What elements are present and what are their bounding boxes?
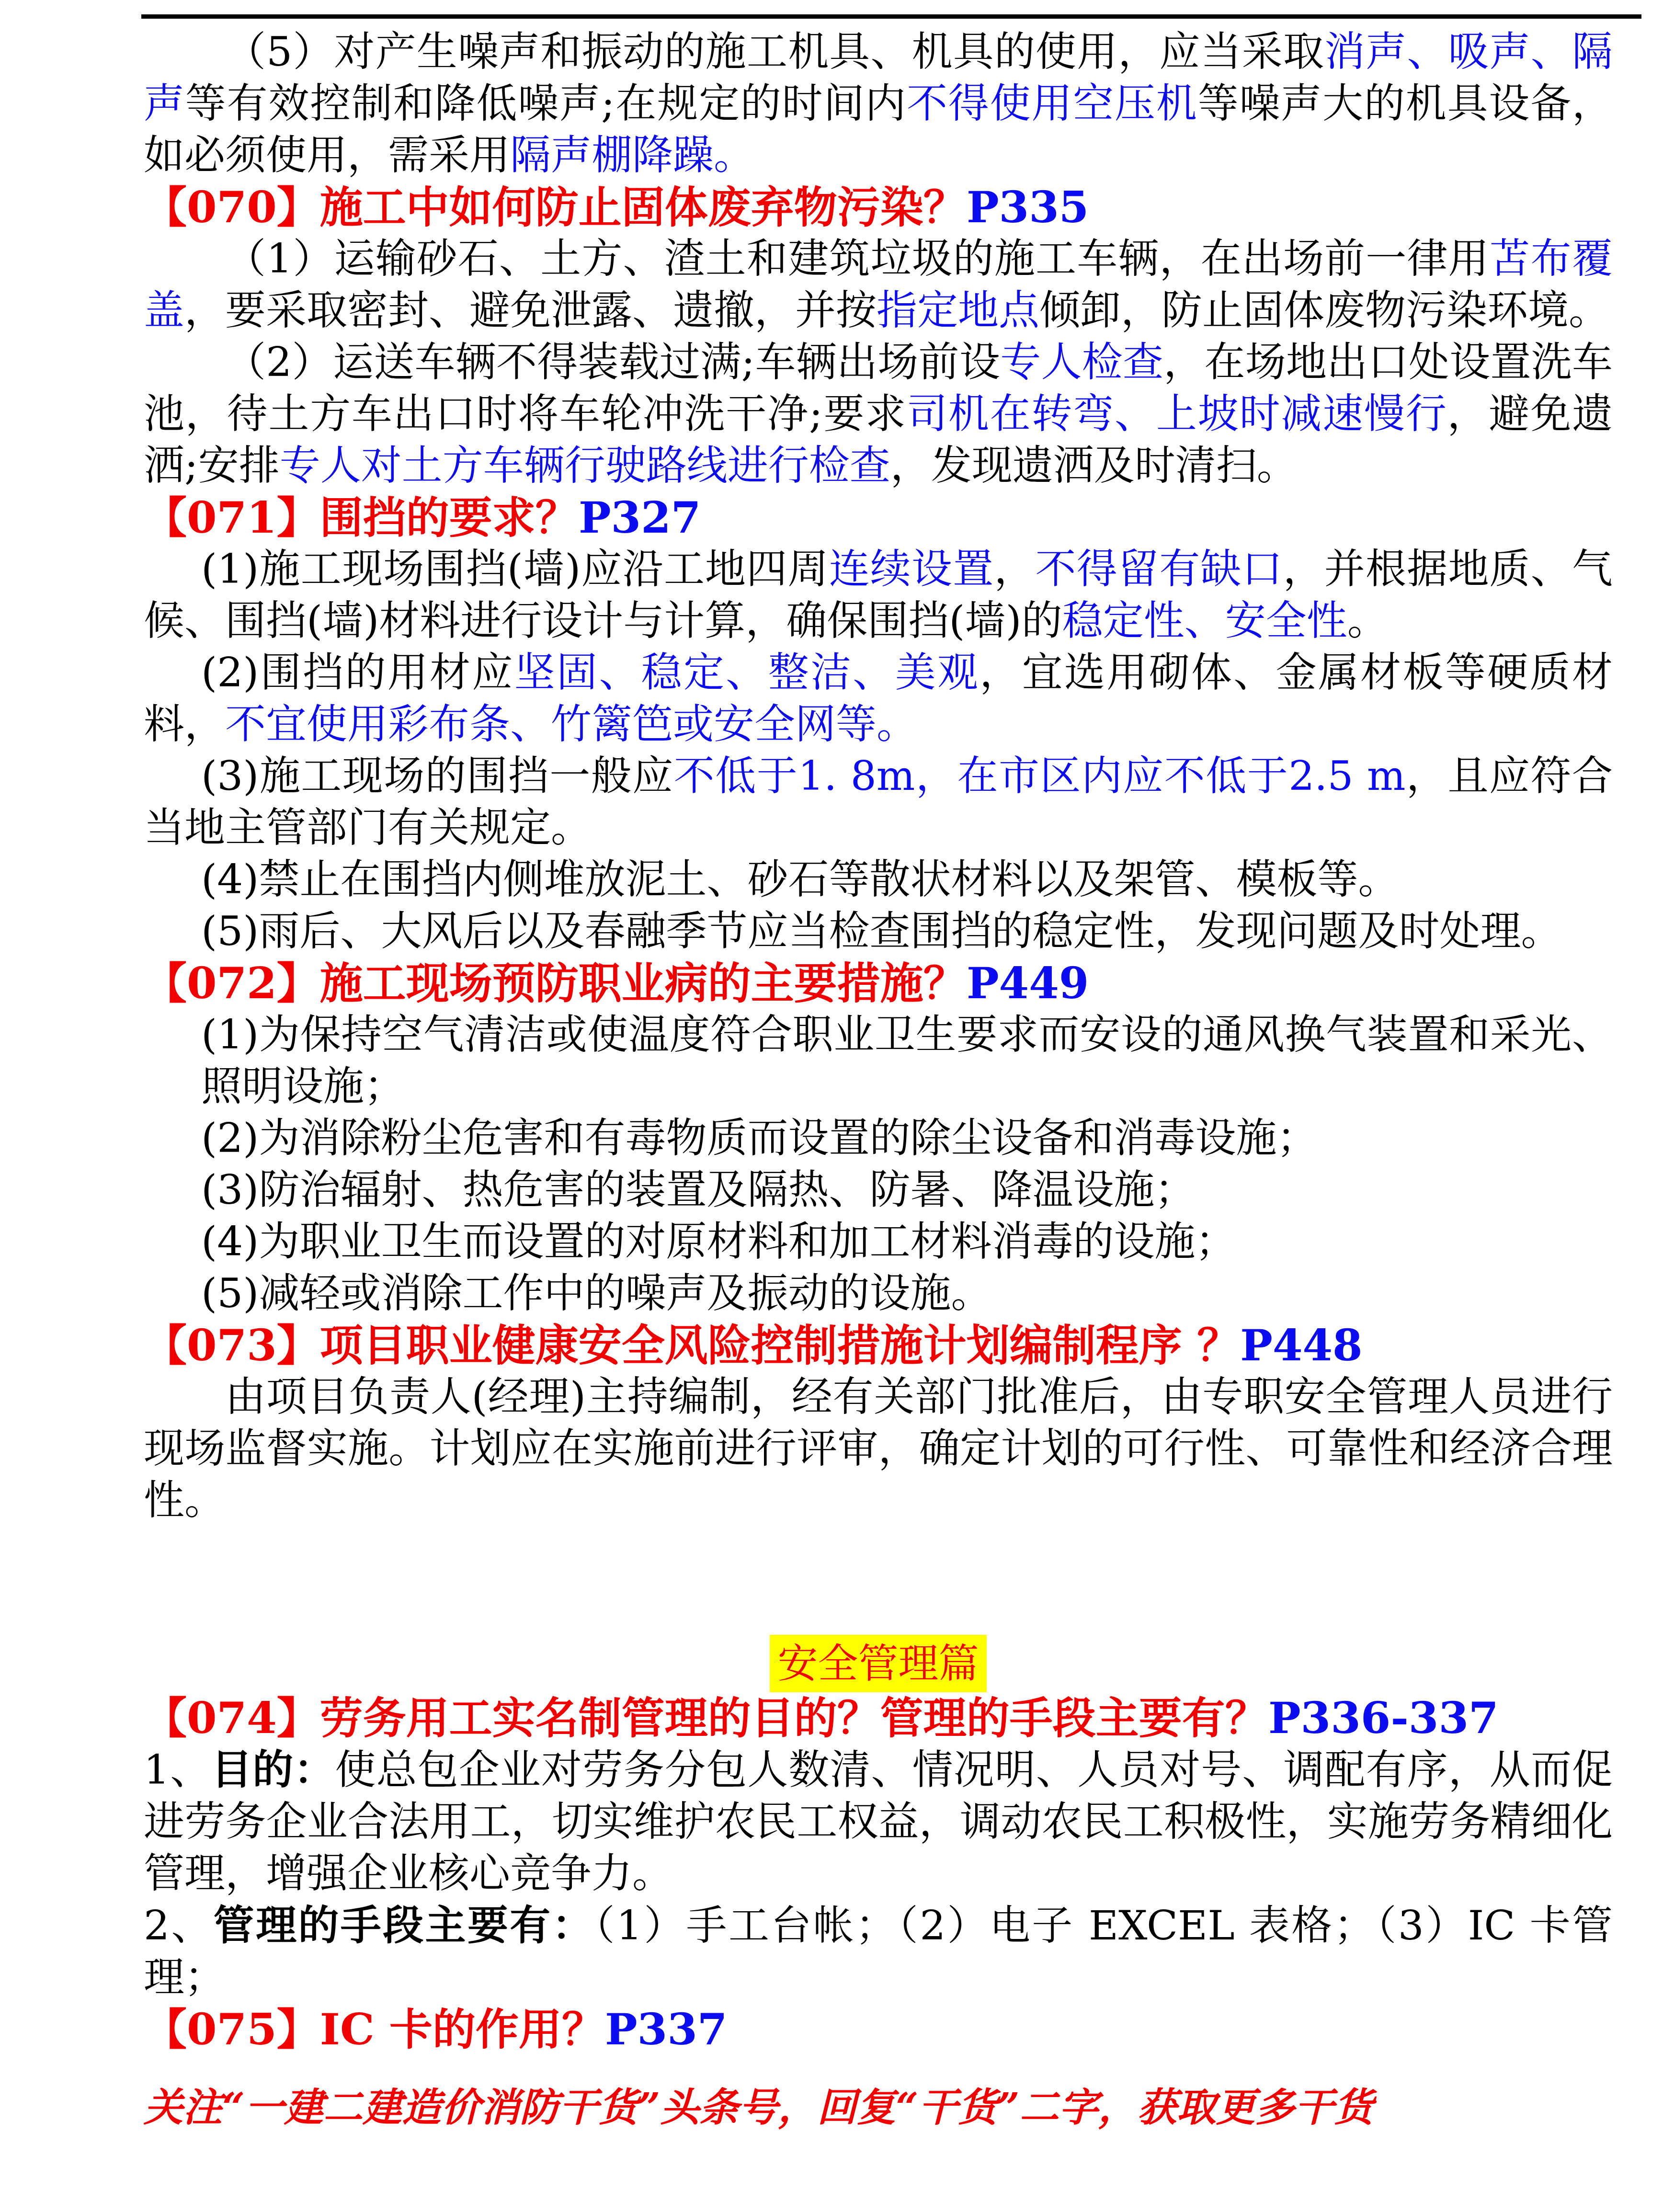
- text-run: P336-337: [1268, 1693, 1499, 1744]
- top-rule: [141, 14, 1641, 19]
- item-072-2: (2)为消除粉尘危害和有毒物质而设置的除尘设备和消毒设施；: [144, 1113, 1613, 1164]
- heading-074: 【074】劳务用工实名制管理的目的？管理的手段主要有？P336-337: [144, 1692, 1613, 1744]
- para-top-noise: （5）对产生噪声和振动的施工机具、机具的使用，应当采取消声、吸声、隔声等有效控制…: [144, 26, 1613, 182]
- heading-070: 【070】施工中如何防止固体废弃物污染？P335: [144, 182, 1613, 233]
- text-run: 1、: [144, 1746, 211, 1794]
- text-run: (4)为职业卫生而设置的对原材料和加工材料消毒的设施；: [201, 1218, 1236, 1266]
- text-run: P448: [1240, 1320, 1363, 1371]
- para-074-1: 1、目的：使总包企业对劳务分包人数清、情况明、人员对号、调配有序，从而促进劳务企…: [144, 1744, 1613, 1900]
- text-run: 由项目负责人(经理)主持编制，经有关部门批准后，由专职安全管理人员进行现场监督实…: [144, 1373, 1613, 1524]
- text-run: P335: [967, 182, 1089, 233]
- text-run: (2)围挡的用材应: [201, 649, 514, 696]
- text-run: 不宜使用彩布条、竹篱笆或安全网等。: [225, 701, 917, 748]
- section-title-text: 安全管理篇: [770, 1635, 986, 1692]
- item-071-4: (4)禁止在围挡内侧堆放泥土、砂石等散状材料以及架管、模板等。: [144, 854, 1613, 906]
- text-run: 不得留有缺口: [1036, 546, 1283, 593]
- text-run: 2、: [144, 1902, 214, 1950]
- text-run: P449: [967, 958, 1089, 1009]
- text-run: 坚固、稳定、整洁、美观: [514, 649, 980, 696]
- text-run: 专人检查: [1000, 339, 1163, 386]
- text-run: 使总包企业对劳务分包人数清、情况明、人员对号、调配有序，从而促进劳务企业合法用工…: [144, 1746, 1613, 1897]
- text-run: (3)施工现场的围挡一般应: [201, 753, 674, 800]
- text-run: 隔声棚降躁。: [510, 132, 754, 179]
- text-run: 司机在转弯、上坡时减速慢行: [907, 390, 1447, 438]
- item-072-4: (4)为职业卫生而设置的对原材料和加工材料消毒的设施；: [144, 1216, 1613, 1268]
- text-run: 指定地点: [877, 287, 1039, 334]
- text-run: 目的：: [211, 1746, 335, 1794]
- text-run: 【073】项目职业健康安全风险控制措施计划编制程序 ？: [144, 1320, 1240, 1371]
- text-run: (1)为保持空气清洁或使温度符合职业卫生要求而安设的通风换气装置和采光、照明设施…: [201, 1011, 1613, 1110]
- item-072-3: (3)防治辐射、热危害的装置及隔热、防暑、降温设施；: [144, 1164, 1613, 1216]
- text-run: (5)雨后、大风后以及春融季节应当检查围挡的稳定性，发现问题及时处理。: [201, 908, 1561, 955]
- footer-note: 关注“一建二建造价消防干货”头条号，回复“干货”二字，获取更多干货: [144, 2082, 1613, 2133]
- item-072-1: (1)为保持空气清洁或使温度符合职业卫生要求而安设的通风换气装置和采光、照明设施…: [144, 1009, 1613, 1113]
- text-run: P327: [579, 492, 701, 543]
- item-072-5: (5)减轻或消除工作中的噪声及振动的设施。: [144, 1268, 1613, 1320]
- text-run: (5)减轻或消除工作中的噪声及振动的设施。: [201, 1270, 991, 1317]
- text-run: 专人对土方车辆行驶路线进行检查: [280, 442, 890, 490]
- text-run: （1）运输砂石、土方、渣土和建筑垃圾的施工车辆，在出场前一律用: [225, 235, 1490, 283]
- text-run: 等有效控制和降低噪声;在规定的时间内: [185, 80, 907, 127]
- text-run: 【075】IC 卡的作用？: [144, 2004, 605, 2055]
- text-run: (3)防治辐射、热危害的装置及隔热、防暑、降温设施；: [201, 1166, 1195, 1214]
- text-run: ，发现遗洒及时清扫。: [890, 442, 1298, 490]
- para-074-2: 2、管理的手段主要有：（1）手工台帐；（2）电子 EXCEL 表格；（3）IC …: [144, 1900, 1613, 2004]
- text-run: 【071】围挡的要求？: [144, 492, 579, 543]
- page-content: （5）对产生噪声和振动的施工机具、机具的使用，应当采取消声、吸声、隔声等有效控制…: [0, 19, 1663, 2133]
- heading-071: 【071】围挡的要求？P327: [144, 492, 1613, 544]
- text-run: ，要采取密封、避免泄露、遗撤，并按: [184, 287, 877, 334]
- para-070-2: （2）运送车辆不得装载过满;车辆出场前设专人检查，在场地出口处设置洗车池，待土方…: [144, 337, 1613, 492]
- text-run: (2)为消除粉尘危害和有毒物质而设置的除尘设备和消毒设施；: [201, 1115, 1317, 1162]
- text-run: 不低于1. 8m，在市区内应不低于2.5 m: [674, 753, 1406, 800]
- text-run: (4)禁止在围挡内侧堆放泥土、砂石等散状材料以及架管、模板等。: [201, 856, 1399, 903]
- heading-073: 【073】项目职业健康安全风险控制措施计划编制程序 ？P448: [144, 1320, 1613, 1371]
- text-run: 倾卸，防止固体废物污染环境。: [1039, 287, 1609, 334]
- text-run: 连续设置: [829, 546, 994, 593]
- text-run: （2）运送车辆不得装载过满;车辆出场前设: [225, 339, 1000, 386]
- para-070-1: （1）运输砂石、土方、渣土和建筑垃圾的施工车辆，在出场前一律用苫布覆盖，要采取密…: [144, 233, 1613, 337]
- text-run: 【074】劳务用工实名制管理的目的？管理的手段主要有？: [144, 1693, 1268, 1744]
- section-title-safety: 安全管理篇: [144, 1635, 1613, 1692]
- text-run: (1)施工现场围挡(墙)应沿工地四周: [201, 546, 829, 593]
- heading-072: 【072】施工现场预防职业病的主要措施？P449: [144, 958, 1613, 1009]
- text-run: 。: [1347, 597, 1388, 645]
- text-run: 【072】施工现场预防职业病的主要措施？: [144, 958, 967, 1009]
- footer-text: 关注“一建二建造价消防干货”头条号，回复“干货”二字，获取更多干货: [144, 2085, 1373, 2131]
- item-071-5: (5)雨后、大风后以及春融季节应当检查围挡的稳定性，发现问题及时处理。: [144, 906, 1613, 958]
- item-071-1: (1)施工现场围挡(墙)应沿工地四周连续设置，不得留有缺口，并根据地质、气候、围…: [144, 544, 1613, 647]
- text-run: P337: [605, 2004, 728, 2055]
- para-073: 由项目负责人(经理)主持编制，经有关部门批准后，由专职安全管理人员进行现场监督实…: [144, 1371, 1613, 1527]
- text-run: 管理的手段主要有：: [214, 1902, 594, 1950]
- text-run: ，: [994, 546, 1035, 593]
- heading-075: 【075】IC 卡的作用？P337: [144, 2004, 1613, 2055]
- text-run: 不得使用空压机: [907, 80, 1198, 127]
- item-071-2: (2)围挡的用材应坚固、稳定、整洁、美观，宜选用砌体、金属材板等硬质材料，不宜使…: [144, 647, 1613, 751]
- item-071-3: (3)施工现场的围挡一般应不低于1. 8m，在市区内应不低于2.5 m，且应符合…: [144, 751, 1613, 854]
- text-run: （5）对产生噪声和振动的施工机具、机具的使用，应当采取: [225, 28, 1324, 76]
- text-run: 【070】施工中如何防止固体废弃物污染？: [144, 182, 967, 233]
- text-run: 稳定性、安全性: [1062, 597, 1347, 645]
